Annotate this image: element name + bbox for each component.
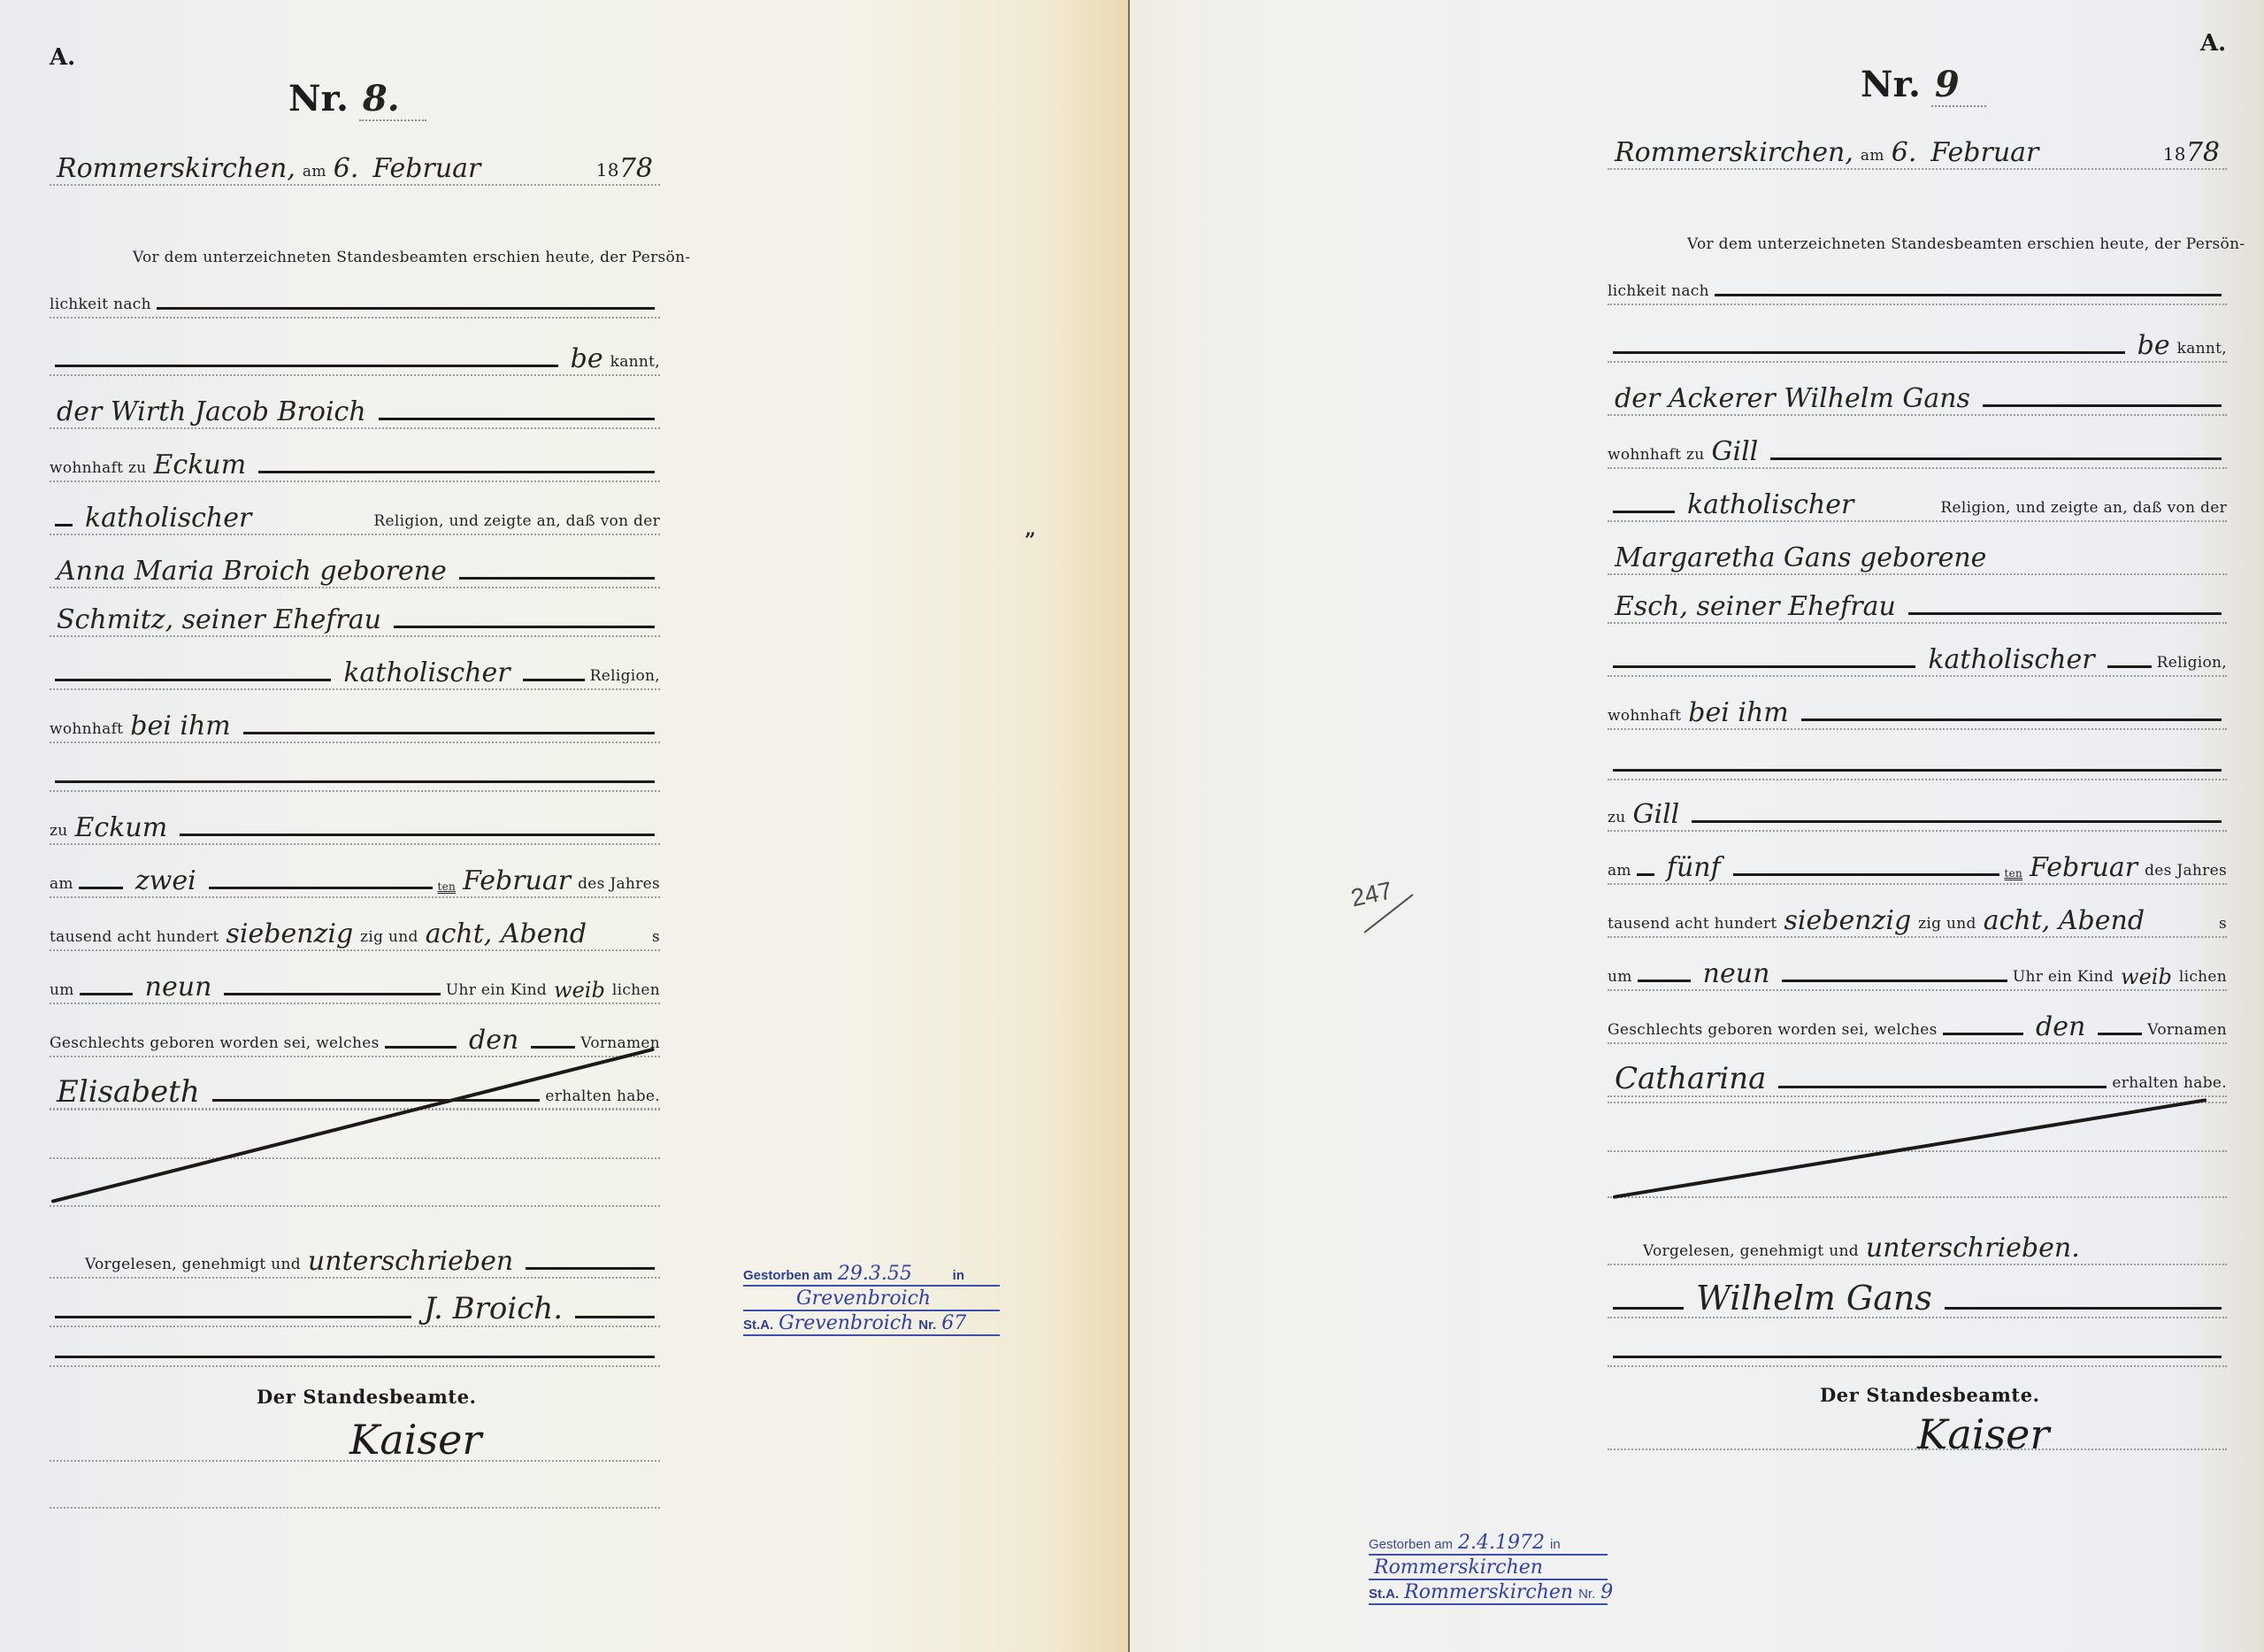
death-stamp-left: Gestorben am 29.3.55 in Grevenbroich St.… — [743, 1264, 1000, 1338]
registrar-heading: Der Standesbeamte. — [257, 1386, 477, 1408]
fill-stroke — [459, 577, 655, 580]
stamp-label-in: in — [1550, 1537, 1561, 1554]
birth-day-line: am zwei ten Februar des Jahres — [50, 863, 660, 898]
entry-number: Nr.9 — [1861, 64, 1986, 105]
child-sex: weib — [2114, 966, 2179, 989]
fill-stroke — [2098, 1033, 2142, 1035]
stamp-register-nr: 67 — [936, 1312, 971, 1334]
informant-religion-line: katholischer Religion, und zeigte an, da… — [50, 500, 660, 535]
known-line: be kannt, — [50, 341, 660, 376]
identity-line: lichkeit nach — [1608, 270, 2227, 305]
day: 6. — [326, 156, 366, 184]
informant-signature-line: Wilhelm Gans — [1608, 1283, 2227, 1318]
fill-stroke — [55, 1316, 411, 1318]
birth-year-line: tausend acht hundert siebenzig zig und a… — [1608, 903, 2227, 938]
nr-label: Nr. — [1861, 64, 1921, 105]
gender-line: Geschlechts geboren worden sei, welches … — [50, 1022, 660, 1057]
stamp-death-place: Grevenbroich — [743, 1287, 936, 1310]
fill-stroke — [575, 1316, 655, 1318]
registrar-signature: Kaiser — [1917, 1410, 2049, 1458]
year-prefix: 18 — [2163, 143, 2186, 168]
fill-stroke — [1778, 1086, 2107, 1088]
stamp-row-place: Grevenbroich — [743, 1288, 1000, 1311]
dotted-rule — [50, 1108, 660, 1110]
registrar-signature: Kaiser — [349, 1416, 481, 1464]
dotted-rule — [1608, 1150, 2227, 1152]
informant-religion-line: katholischer Religion, und zeigte an, da… — [1608, 487, 2227, 522]
approval-line: Vorgelesen, genehmigt und unterschrieben… — [1608, 1230, 2227, 1265]
birth-hour: neun — [138, 974, 219, 1003]
geschlechts-label: Geschlechts geboren worden sei, welches — [50, 1034, 380, 1056]
cancel-stroke — [51, 1048, 656, 1203]
um-label: um — [1608, 968, 1632, 989]
stamp-death-place: Rommerskirchen — [1369, 1556, 1548, 1579]
s-label: s — [652, 928, 660, 949]
vornamen-label: Vornamen — [2147, 1021, 2227, 1042]
birth-hour-line: um neun Uhr ein Kind weib lichen — [1608, 956, 2227, 991]
dotted-rule — [1608, 1448, 2227, 1450]
mother-residence: bei ihm — [123, 713, 237, 741]
stamp-label-office: St.A. — [1369, 1587, 1399, 1603]
wohnhaft-label: wohnhaft — [1608, 707, 1681, 728]
zig-und-label: zig und — [1918, 915, 1976, 936]
informant-name: der Ackerer Wilhelm Gans — [1608, 386, 1977, 414]
child-name-line: Elisabeth erhalten habe. — [50, 1075, 660, 1110]
stamp-death-date: 29.3.55 — [833, 1263, 917, 1285]
birth-year-tens: siebenzig — [219, 921, 361, 949]
year-words-label: tausend acht hundert — [50, 928, 219, 949]
fill-stroke — [1801, 718, 2222, 721]
mother-name: Anna Maria Broich geborene — [50, 558, 454, 587]
approval-word: unterschrieben — [301, 1249, 520, 1277]
religion-label: Religion, und zeigte an, daß von der — [373, 512, 660, 534]
ten-label: ten — [438, 880, 457, 896]
fill-stroke — [258, 471, 655, 473]
month: Februar — [365, 156, 487, 184]
fill-stroke — [1613, 351, 2125, 354]
fill-stroke — [1983, 404, 2222, 407]
fill-stroke — [1770, 457, 2222, 460]
stamp-office: Grevenbroich — [773, 1312, 918, 1334]
ten-label: ten — [2005, 867, 2023, 883]
stamp-label-in: in — [953, 1268, 1000, 1285]
dotted-rule — [1608, 1102, 2227, 1103]
kannt-label: kannt, — [2177, 340, 2227, 361]
stamp-row-place: Rommerskirchen — [1369, 1557, 1608, 1580]
birth-year-line: tausend acht hundert siebenzig zig und a… — [50, 916, 660, 951]
stamp-death-date: 2.4.1972 — [1453, 1532, 1550, 1554]
intro-text: Vor dem unterzeichneten Standesbeamten e… — [133, 249, 690, 270]
mother-name: Margaretha Gans geborene — [1608, 545, 1993, 573]
nr-label: Nr. — [288, 78, 349, 119]
entry-number: Nr.8. — [288, 78, 426, 119]
place: Rommerskirchen, — [1608, 140, 1861, 168]
gender-line: Geschlechts geboren worden sei, welches … — [1608, 1009, 2227, 1044]
vorgelesen-label: Vorgelesen, genehmigt und — [50, 1256, 301, 1277]
birth-day: zwei — [128, 868, 203, 896]
left-page: A. Nr.8. Rommerskirchen, am 6. Februar 1… — [0, 0, 1128, 1652]
fill-stroke — [1613, 1356, 2222, 1358]
fill-stroke — [1733, 873, 1999, 876]
mother-line-2: Schmitz, seiner Ehefrau — [50, 602, 660, 637]
fill-stroke — [212, 1099, 541, 1102]
fill-stroke — [243, 732, 655, 734]
blank-line — [50, 757, 660, 792]
wohnhaft-label: wohnhaft — [50, 720, 123, 741]
birth-day: fünf — [1660, 855, 1728, 883]
mother-maiden-name: Schmitz, seiner Ehefrau — [50, 607, 388, 635]
stamp-row-died: Gestorben am 29.3.55 in — [743, 1264, 1000, 1287]
erhalten-label: erhalten habe. — [545, 1087, 660, 1109]
informant-signature: Wilhelm Gans — [1689, 1281, 1939, 1317]
form-letter: A. — [50, 44, 75, 71]
approval-word: unterschrieben. — [1859, 1235, 2087, 1264]
known-prefix: be — [564, 346, 610, 374]
zu-label: zu — [50, 822, 68, 843]
stamp-register-nr: 9 — [1595, 1581, 1618, 1603]
fill-stroke — [1613, 511, 1675, 513]
day: 6. — [1884, 140, 1924, 168]
fill-stroke — [379, 418, 655, 420]
lichen-label: lichen — [2179, 968, 2227, 989]
fill-stroke — [1613, 665, 1915, 668]
dotted-rule — [50, 1205, 660, 1207]
known-prefix: be — [2130, 333, 2177, 361]
informant-line: der Wirth Jacob Broich — [50, 394, 660, 429]
dotted-rule — [50, 1460, 660, 1462]
fill-stroke — [224, 993, 440, 995]
article: den — [462, 1027, 526, 1056]
informant-signature-line: J. Broich. — [50, 1292, 660, 1327]
stamp-label-died: Gestorben am — [1369, 1537, 1453, 1554]
birth-hour: neun — [1696, 961, 1777, 989]
year-words-label: tausend acht hundert — [1608, 915, 1777, 936]
uhr-label: Uhr ein Kind — [2013, 968, 2114, 989]
birth-month: Februar — [456, 868, 578, 896]
fill-stroke — [1613, 769, 2222, 772]
religion-label: Religion, und zeigte an, daß von der — [1940, 499, 2227, 520]
right-page: A. 247 Nr.9 Rommerskirchen, am 6. Februa… — [1130, 0, 2264, 1652]
fill-stroke — [1613, 1307, 1684, 1310]
approval-line: Vorgelesen, genehmigt und unterschrieben — [50, 1243, 660, 1279]
fill-stroke — [1692, 820, 2222, 823]
fill-stroke — [385, 1046, 457, 1049]
fill-stroke — [55, 1356, 655, 1358]
fill-stroke — [2107, 665, 2152, 668]
child-name-line: Catharina erhalten habe. — [1608, 1062, 2227, 1097]
stamp-row-office: St.A. Grevenbroich Nr. 67 — [743, 1313, 1000, 1336]
place: Rommerskirchen, — [50, 156, 303, 184]
mother-residence-line: wohnhaft bei ihm — [50, 708, 660, 743]
fill-stroke — [1943, 1033, 2023, 1035]
lichkeit-label: lichkeit nach — [50, 296, 151, 317]
des-jahres-label: des Jahres — [578, 875, 660, 896]
uhr-label: Uhr ein Kind — [446, 981, 547, 1003]
zu-label: zu — [1608, 809, 1626, 830]
year-suffix: 78 — [2186, 140, 2227, 168]
child-name: Catharina — [1608, 1064, 1773, 1095]
intro-text: Vor dem unterzeichneten Standesbeamten e… — [1687, 235, 2245, 257]
child-sex: weib — [547, 980, 612, 1003]
stamp-label-nr: Nr. — [918, 1318, 936, 1334]
fill-stroke — [1637, 873, 1654, 876]
kannt-label: kannt, — [610, 353, 660, 374]
fill-stroke — [55, 780, 655, 783]
informant-residence: Gill — [1705, 439, 1766, 467]
child-name: Elisabeth — [50, 1077, 207, 1109]
fill-stroke — [1782, 980, 2007, 982]
birth-place: Eckum — [68, 815, 175, 843]
fill-stroke — [180, 834, 655, 836]
dotted-rule — [50, 1507, 660, 1509]
mother-line-1: Margaretha Gans geborene — [1608, 540, 2227, 575]
stamp-row-died: Gestorben am 2.4.1972 in — [1369, 1533, 1608, 1556]
religion-label-2: Religion, — [590, 667, 660, 688]
fill-stroke — [1908, 612, 2222, 615]
erhalten-label: erhalten habe. — [2112, 1074, 2227, 1095]
geschlechts-label: Geschlechts geboren worden sei, welches — [1608, 1021, 1938, 1042]
fill-stroke — [526, 1267, 655, 1270]
informant-residence-line: wohnhaft zu Eckum — [50, 447, 660, 482]
birth-hour-line: um neun Uhr ein Kind weib lichen — [50, 969, 660, 1004]
birth-day-line: am fünf ten Februar des Jahres — [1608, 849, 2227, 885]
fill-stroke — [1945, 1307, 2222, 1310]
informant-name: der Wirth Jacob Broich — [50, 399, 373, 427]
mother-line-1: Anna Maria Broich geborene — [50, 553, 660, 588]
mother-line-2: Esch, seiner Ehefrau — [1608, 588, 2227, 624]
dotted-rule — [1608, 1196, 2227, 1198]
birth-year-units-time: acht, Abend — [1976, 908, 2152, 936]
mother-religion: katholischer — [1921, 647, 2101, 675]
um-label: um — [50, 981, 74, 1003]
stamp-row-office: St.A. Rommerskirchen Nr. 9 — [1369, 1582, 1608, 1605]
fill-stroke — [1638, 980, 1691, 982]
form-letter: A. — [2200, 30, 2226, 57]
fill-stroke — [55, 365, 558, 367]
fill-stroke — [531, 1046, 575, 1049]
stamp-office: Rommerskirchen — [1399, 1581, 1578, 1603]
birth-place-line: zu Gill — [1608, 796, 2227, 832]
am-label-2: am — [1608, 862, 1631, 883]
mother-residence: bei ihm — [1681, 700, 1795, 728]
closing-line — [1608, 1332, 2227, 1367]
stamp-label-office: St.A. — [743, 1318, 773, 1334]
blank-line — [1608, 745, 2227, 780]
fill-stroke — [157, 307, 655, 310]
fill-stroke — [55, 679, 331, 681]
lichkeit-label: lichkeit nach — [1608, 282, 1709, 304]
cancel-stroke — [1613, 1098, 2207, 1199]
mother-religion-line: katholischer Religion, — [50, 655, 660, 690]
birth-place-line: zu Eckum — [50, 810, 660, 845]
year-suffix: 78 — [619, 156, 660, 184]
mother-residence-line: wohnhaft bei ihm — [1608, 695, 2227, 730]
closing-line — [50, 1332, 660, 1367]
year-prefix: 18 — [596, 159, 619, 184]
stamp-label-died: Gestorben am — [743, 1268, 833, 1285]
religion-label-2: Religion, — [2157, 654, 2227, 675]
zig-und-label: zig und — [360, 928, 418, 949]
lichen-label: lichen — [612, 981, 660, 1003]
month: Februar — [1923, 140, 2045, 168]
fill-stroke — [1715, 294, 2222, 296]
mother-maiden-name: Esch, seiner Ehefrau — [1608, 594, 1903, 622]
am-label: am — [303, 163, 326, 184]
registrar-heading: Der Standesbeamte. — [1820, 1384, 2040, 1406]
informant-line: der Ackerer Wilhelm Gans — [1608, 380, 2227, 416]
intro-line: Vor dem unterzeichneten Standesbeamten e… — [1687, 221, 2227, 257]
informant-signature: J. Broich. — [417, 1294, 570, 1325]
birth-month: Februar — [2022, 855, 2145, 883]
dotted-rule — [50, 1157, 660, 1159]
article: den — [2029, 1014, 2092, 1042]
am-label: am — [1861, 147, 1884, 168]
am-label-2: am — [50, 875, 73, 896]
wohnhaft-zu-label: wohnhaft zu — [1608, 446, 1705, 467]
identity-line: lichkeit nach — [50, 283, 660, 319]
register-spread: A. Nr.8. Rommerskirchen, am 6. Februar 1… — [0, 0, 2264, 1652]
mother-religion: katholischer — [336, 660, 517, 688]
fill-stroke — [394, 626, 655, 628]
birth-year-units-time: acht, Abend — [418, 921, 594, 949]
place-date-line: Rommerskirchen, am 6. Februar 18 78 — [1608, 134, 2227, 170]
informant-religion: katholischer — [78, 505, 258, 534]
birth-place: Gill — [1626, 802, 1687, 830]
informant-residence-line: wohnhaft zu Gill — [1608, 434, 2227, 469]
des-jahres-label: des Jahres — [2145, 862, 2227, 883]
vornamen-label: Vornamen — [580, 1034, 660, 1056]
vorgelesen-label: Vorgelesen, genehmigt und — [1608, 1242, 1859, 1264]
known-line: be kannt, — [1608, 327, 2227, 363]
fill-stroke — [209, 887, 433, 889]
nr-value: 9 — [1931, 64, 1986, 107]
birth-year-tens: siebenzig — [1777, 908, 1919, 936]
s-label: s — [2219, 915, 2227, 936]
fill-stroke — [523, 679, 585, 681]
pencil-number: 247 — [1348, 876, 1394, 912]
informant-religion: katholischer — [1680, 492, 1861, 520]
fill-stroke — [80, 993, 133, 995]
informant-residence: Eckum — [147, 452, 254, 480]
place-date-line: Rommerskirchen, am 6. Februar 18 78 — [50, 150, 660, 186]
fill-stroke — [55, 524, 73, 526]
stamp-label-nr: Nr. — [1578, 1587, 1595, 1603]
fill-stroke — [79, 887, 123, 889]
margin-mark: ” — [1025, 529, 1036, 552]
intro-line: Vor dem unterzeichneten Standesbeamten e… — [133, 234, 660, 270]
nr-value: 8. — [359, 78, 426, 121]
wohnhaft-zu-label: wohnhaft zu — [50, 459, 147, 480]
mother-religion-line: katholischer Religion, — [1608, 642, 2227, 677]
death-stamp-right: Gestorben am 2.4.1972 in Rommerskirchen … — [1369, 1533, 1608, 1607]
